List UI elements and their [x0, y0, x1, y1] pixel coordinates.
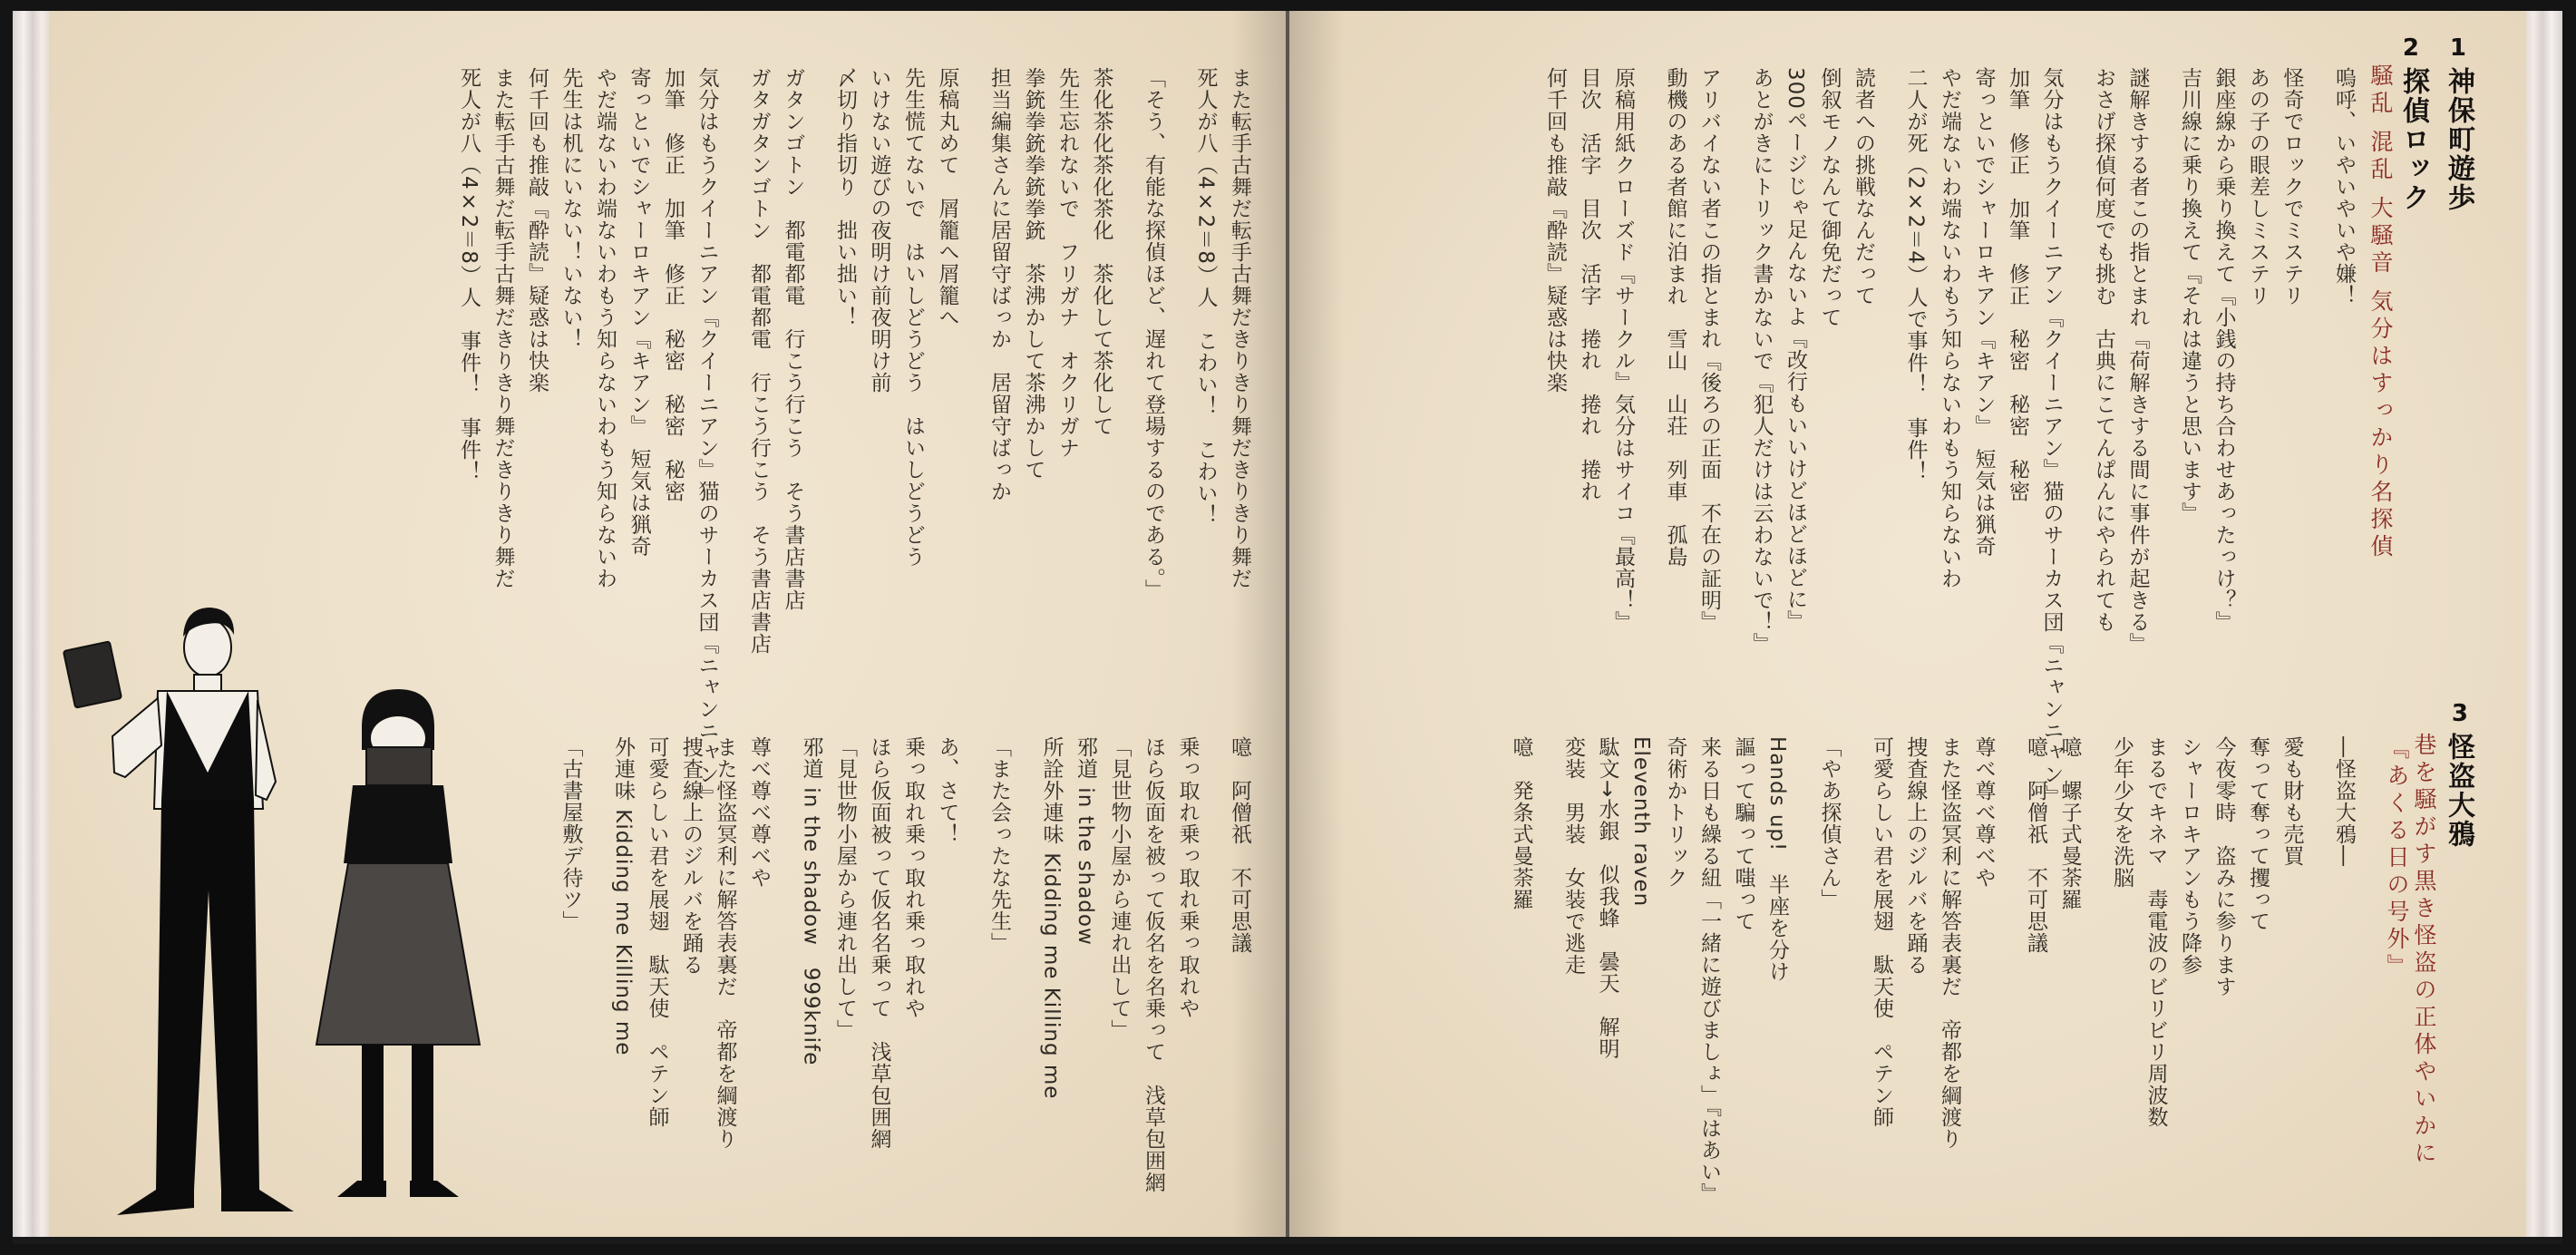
- lyric-line: 死人が八（4×2＝8）人 事件！ 事件！: [458, 67, 479, 482]
- lyric-line: 何千回も推敲『酔読』疑惑は快楽: [526, 67, 547, 394]
- track-3-subtitle-2: 『あくる日の号外』: [2386, 736, 2408, 981]
- lyric-line: 邪道 in the shadow 999knife: [801, 736, 821, 1065]
- lyric-line: 300ページじゃ足んないよ『改行もいいけどほどほどに』: [1784, 67, 1805, 632]
- lyric-line: 「見世物小屋から連れ出して」: [1109, 736, 1130, 1041]
- track-2-title: 探偵ロック: [2399, 67, 2426, 212]
- lyric-line: 噫 発条式曼荼羅: [1511, 736, 1531, 910]
- girl-figure: [316, 689, 480, 1197]
- lyric-line: 先生は机にいない！いない！: [560, 67, 581, 350]
- track-2-number: 2: [2403, 34, 2419, 62]
- lyric-line: 噫 螺子式曼荼羅: [2059, 736, 2080, 910]
- lyric-line: 拳銃拳銃拳銃拳銃 茶沸かして茶沸かして: [1023, 67, 1044, 481]
- lyric-line: 乗っ取れ乗っ取れ乗っ取れや: [1177, 736, 1198, 1019]
- lyric-line: 寄っといでシャーロキアン『キアン』 短気は猟奇: [628, 67, 649, 558]
- booklet-spread: また転手古舞だ転手古舞だきりきり舞だきりきり舞だ死人が八（4×2＝8）人 こわい…: [13, 11, 2562, 1244]
- track-1-title: 神保町遊歩: [2445, 67, 2472, 212]
- lyric-line: シャーロキアンもう降参: [2179, 736, 2200, 976]
- lyric-line: 尊べ尊べ尊べや: [1973, 736, 1994, 889]
- page-edge: [13, 11, 49, 1237]
- lyric-line: ―怪盗大鴉―: [2333, 736, 2354, 867]
- lyric-line: ほら仮面を被って仮名を名乗って 浅草包囲網: [1142, 736, 1163, 1193]
- lyric-line: ほら仮面被って仮名名乗って 浅草包囲網: [869, 736, 889, 1150]
- lyric-line: 可愛らしい君を展翅 駄天使 ペテン師: [1871, 736, 1891, 1128]
- lyric-line: 「やあ探偵さん」: [1819, 736, 1840, 910]
- lyric-line: 邪道 in the shadow: [1074, 736, 1095, 946]
- lyric-line: 担当編集さんに居留守ばっか 居留守ばっか: [988, 67, 1009, 502]
- lyric-line: 捜査線上のジルバを踊る: [1905, 736, 1926, 976]
- lyric-line: 謳って騙って嗤って: [1733, 736, 1754, 932]
- lyric-line: 奪って奪って攫って: [2247, 736, 2268, 932]
- lyric-line: 動機のある者館に泊まれ 雪山 山荘 列車 孤島: [1665, 67, 1686, 568]
- lyric-line: 二人が死（2×2＝4）人で事件！ 事件！: [1905, 67, 1926, 482]
- right-page: 1 神保町遊歩 2 探偵ロック 騒乱 混乱 大騒音 気分はすっかり名探偵 3 怪…: [1289, 11, 2562, 1237]
- man-figure: [63, 608, 294, 1215]
- lyric-line: 死人が八（4×2＝8）人 こわい！ こわい！: [1195, 67, 1216, 526]
- lyric-line: 読者への挑戦なんだって: [1852, 67, 1873, 306]
- lyric-line: Hands up! 半座を分け: [1766, 736, 1787, 982]
- lyric-line: 気分はもうクイーニアン『クイーニアン』猫のサーカス団『ニャンニャン』: [2041, 67, 2062, 807]
- lyric-line: 奇術かトリック: [1665, 736, 1686, 889]
- lyric-line: また怪盗冥利に解答表裏だ 帝都を綱渡り: [1939, 736, 1959, 1150]
- lyric-line: ガタンゴトン 都電都電 行こう行こう そう書店書店: [783, 67, 803, 611]
- lyric-line: 先生慌てないで はいしどうどう はいしどうどう: [902, 67, 923, 568]
- lyric-line: まるでキネマ 毒電波のビリビリ周波数: [2145, 736, 2166, 1128]
- lyric-line: 原稿用紙クローズド『サークル』気分はサイコ『最高！』: [1612, 67, 1633, 633]
- lyric-line: 所詮外連味 Kidding me Killing me: [1041, 736, 1062, 1099]
- lyric-line: また怪盗冥利に解答表裏だ 帝都を綱渡り: [714, 736, 735, 1150]
- lyric-line: 何千回も推敲『酔読』疑惑は快楽: [1544, 67, 1565, 394]
- lyric-line: 「また会ったな先生」: [988, 736, 1009, 954]
- lyric-line: また転手古舞だ転手古舞だきりきり舞だきりきり舞だ: [492, 67, 513, 589]
- lyric-line: 謎解きする者この指とまれ『荷解きする間に事件が起きる』: [2127, 67, 2148, 655]
- lyric-line: 愛も財も売買: [2281, 736, 2302, 867]
- lyric-line: あとがきにトリック書かないで『犯人だけは云わないで！』: [1751, 67, 1772, 655]
- lyric-line: 駄文→水銀 似我蜂 曇天 解明: [1597, 736, 1618, 1059]
- track-2-subtitle: 騒乱 混乱 大騒音 気分はすっかり名探偵: [2369, 63, 2392, 561]
- lyric-line: 噫 阿僧祇 不可思議: [2025, 736, 2046, 954]
- lyric-line: 乗っ取れ乗っ取れ乗っ取れや: [902, 736, 923, 1019]
- lyric-line: ガタガタンゴトン 都電都電 行こう行こう そう書店書店: [748, 67, 769, 655]
- lyric-line: 倒叙モノなんて御免だって: [1819, 67, 1840, 328]
- character-illustration: [49, 591, 520, 1237]
- lyric-line: 「そう、有能な探偵ほど、遅れて登場するのである。」: [1142, 67, 1163, 601]
- lyric-line: 来る日も繰る紐「一緒に遊びましょ」『はあい』: [1698, 736, 1719, 1205]
- lyric-line: また転手古舞だ転手古舞だきりきり舞だきりきり舞だ: [1229, 67, 1249, 589]
- lyric-line: 尊べ尊べ尊べや: [748, 736, 769, 889]
- lyric-line: 怪奇でロックでミステリ: [2281, 67, 2302, 306]
- spine-shadow: [1289, 11, 1344, 1237]
- lyric-line: 先生忘れないで フリガナ オクリガナ: [1056, 67, 1077, 459]
- lyric-line: 今夜零時 盗みに参ります: [2213, 736, 2234, 997]
- lyric-line: 外連味 Kidding me Killing me: [612, 736, 633, 1056]
- lyric-line: 吉川線に乗り換えて『それは違うと思います』: [2179, 67, 2200, 524]
- track-3-subtitle: 巷を騒がす黒き怪盗の正体やいかに: [2413, 733, 2435, 1168]
- lyric-line: 気分はもうクイーニアン『クイーニアン』猫のサーカス団『ニャンニャン』: [696, 67, 717, 807]
- lyric-line: あの子の眼差しミステリ: [2247, 67, 2268, 306]
- lyric-line: やだ端ないわ端ないわもう知らないわもう知らないわ: [1939, 67, 1959, 589]
- lyric-line: 「見世物小屋から連れ出して」: [834, 736, 855, 1041]
- lyric-line: おさげ探偵何度でも挑む 古典にこてんぱんにやられても: [2093, 67, 2114, 633]
- lyric-line: 捜査線上のジルバを踊る: [680, 736, 701, 976]
- lyric-line: アリバイない者この指とまれ『後ろの正面 不在の証明』: [1698, 67, 1719, 633]
- lyric-line: 少年少女を洗脳: [2111, 736, 2132, 889]
- lyric-line: 変装 男装 女装で逃走: [1562, 736, 1583, 976]
- lyric-line: いけない遊びの夜明け前夜明け前: [869, 67, 889, 394]
- lyric-line: 嗚呼、いやいやいや嫌！: [2333, 67, 2354, 306]
- lyric-line: 噫 阿僧祇 不可思議: [1229, 736, 1249, 954]
- lyric-line: あ、さて！: [937, 736, 957, 845]
- left-page: また転手古舞だ転手古舞だきりきり舞だきりきり舞だ死人が八（4×2＝8）人 こわい…: [13, 11, 1286, 1237]
- lyric-line: やだ端ないわ端ないわもう知らないわもう知らないわ: [594, 67, 615, 589]
- lyric-line: 茶化茶化茶化茶化 茶化して茶化して: [1091, 67, 1112, 437]
- lyric-line: Eleventh raven: [1630, 736, 1651, 907]
- page-edge: [2526, 11, 2562, 1237]
- lyric-line: 〆切り指切り 拙い拙い！: [834, 67, 855, 328]
- lyric-line: 「古書屋敷デ待ツ」: [560, 736, 581, 932]
- lyric-line: 寄っといでシャーロキアン『キアン』 短気は猟奇: [1973, 67, 1994, 558]
- lyric-line: 銀座線から乗り換えて『小銭の持ち合わせあったっけ？』: [2213, 67, 2234, 633]
- lyric-line: 加筆 修正 加筆 修正 秘密 秘密 秘密: [662, 67, 683, 502]
- track-1-number: 1: [2450, 34, 2466, 62]
- lyric-line: 目次 活字 目次 活字 捲れ 捲れ 捲れ: [1579, 67, 1599, 502]
- track-3-number: 3: [2452, 700, 2468, 727]
- track-3-title: 怪盗大鴉: [2445, 733, 2472, 849]
- lyric-line: 可愛らしい君を展翅 駄天使 ペテン師: [646, 736, 667, 1128]
- lyric-line: 加筆 修正 加筆 修正 秘密 秘密 秘密: [2007, 67, 2027, 502]
- lyric-line: 原稿丸めて 屑籠へ屑籠へ: [937, 67, 957, 328]
